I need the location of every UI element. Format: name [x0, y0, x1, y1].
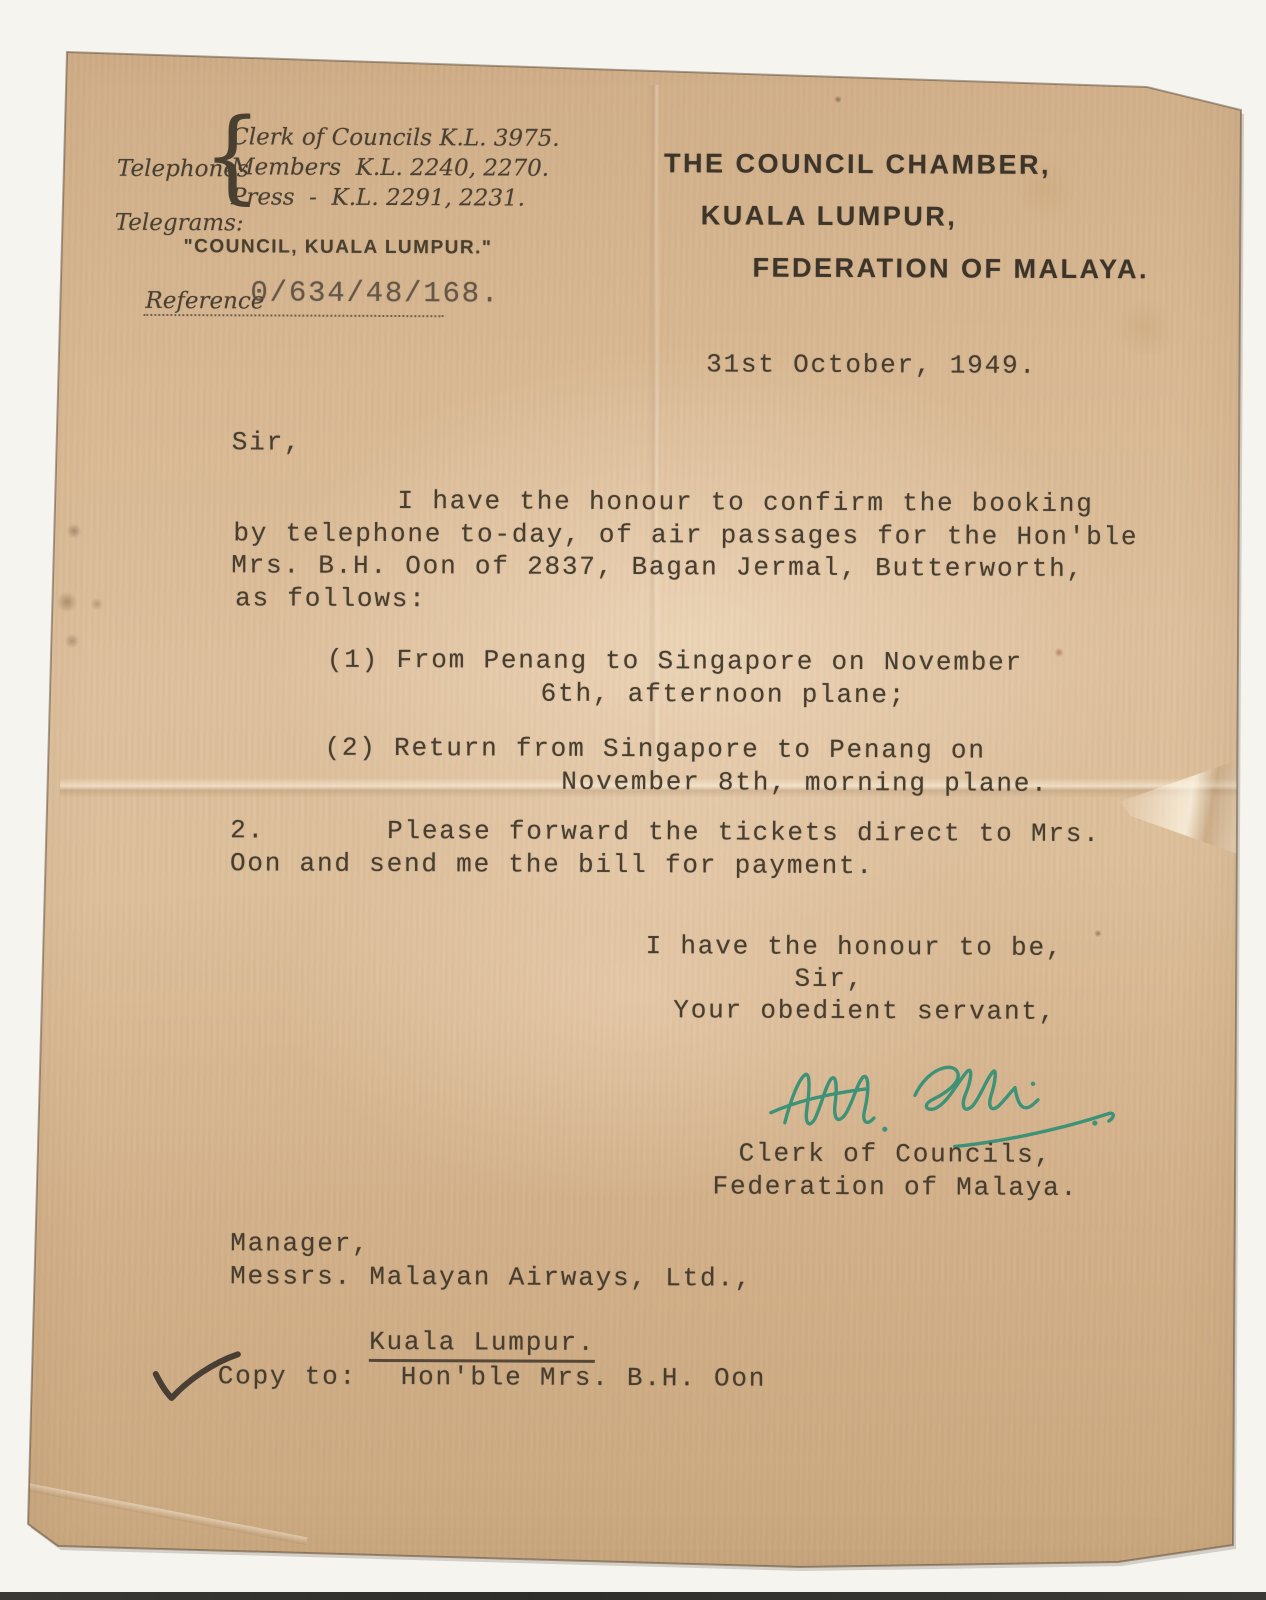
item1-line2: 6th, afternoon plane;: [541, 678, 907, 713]
recipient-line-2: Messrs. Malayan Airways, Ltd.,: [230, 1260, 752, 1295]
closing-block: I have the honour to be, Sir, Your obedi…: [2, 0, 1266, 3]
office-address-line-3: FEDERATION OF MALAYA.: [753, 253, 1150, 286]
recipient-line-1: Manager,: [230, 1227, 369, 1261]
office-address-line-2: KUALA LUMPUR,: [701, 200, 958, 232]
item2-line1: (2) Return from Singapore to Penang on: [324, 732, 985, 768]
paragraph1-line1: I have the honour to confirm the booking: [397, 485, 1093, 521]
telephone-lines: Clerk of Councils K.L. 3975. Members K.L…: [2, 0, 1266, 3]
item2-line2: November 8th, morning plane.: [561, 766, 1048, 801]
paragraph1-line2: by telephone to-day, of air passages for…: [233, 517, 1138, 554]
booking-item-1: (1) From Penang to Singapore on November…: [2, 0, 1266, 3]
telegrams-value: "COUNCIL, KUALA LUMPUR.": [184, 236, 493, 259]
body-paragraph-1: I have the honour to confirm the booking…: [2, 0, 1266, 3]
telephone-line-clerk: Clerk of Councils K.L. 3975.: [231, 124, 560, 151]
letterhead-left: Telephones { Clerk of Councils K.L. 3975…: [2, 0, 1266, 3]
paragraph2-line2: Oon and send me the bill for payment.: [230, 847, 874, 883]
paragraph1-line3: Mrs. B.H. Oon of 2837, Bagan Jermal, But…: [231, 549, 1084, 586]
booking-item-2: (2) Return from Singapore to Penang on N…: [2, 0, 1266, 3]
reference-value: 0/634/48/168.: [250, 276, 500, 310]
scan-background: Telephones { Clerk of Councils K.L. 3975…: [0, 0, 1266, 1600]
telephone-line-press: Press - K.L. 2291, 2231.: [231, 184, 525, 211]
scan-bottom-strip: [0, 1592, 1266, 1600]
letterhead-office-address: THE COUNCIL CHAMBER, KUALA LUMPUR, FEDER…: [2, 0, 1266, 3]
signer-title-block: Clerk of Councils, Federation of Malaya.: [2, 0, 1266, 3]
copy-line: Copy to: Hon'ble Mrs. B.H. Oon: [2, 0, 1266, 3]
body-paragraph-2: 2. Please forward the tickets direct to …: [2, 0, 1266, 3]
item1-line1: (1) From Penang to Singapore on November: [327, 644, 1023, 680]
closing-line-3: Your obedient servant,: [673, 994, 1056, 1029]
paragraph2-number: 2.: [230, 814, 265, 847]
telegrams-label: Telegrams:: [115, 210, 244, 237]
recipient-block: Manager, Messrs. Malayan Airways, Ltd., …: [2, 0, 1266, 3]
paragraph2-line1: Please forward the tickets direct to Mrs…: [387, 815, 1101, 851]
salutation: Sir,: [232, 426, 302, 459]
date-line: 31st October, 1949.: [706, 348, 1037, 382]
office-address-line-1: THE COUNCIL CHAMBER,: [664, 148, 1051, 181]
copy-to-label: Copy to:: [218, 1360, 357, 1394]
copy-to-value: Hon'ble Mrs. B.H. Oon: [401, 1361, 767, 1396]
kuala-lumpur-underlined: Kuala Lumpur.: [369, 1327, 595, 1363]
signer-title-line-2: Federation of Malaya.: [712, 1170, 1078, 1205]
paragraph1-line4: as follows:: [235, 582, 427, 616]
letter-content: Telephones { Clerk of Councils K.L. 3975…: [0, 0, 1266, 1600]
signer-title-line-1: Clerk of Councils,: [739, 1138, 1052, 1172]
closing-line-2: Sir,: [794, 963, 864, 996]
telephone-line-members: Members K.L. 2240, 2270.: [231, 154, 549, 181]
closing-line-1: I have the honour to be,: [646, 930, 1064, 965]
